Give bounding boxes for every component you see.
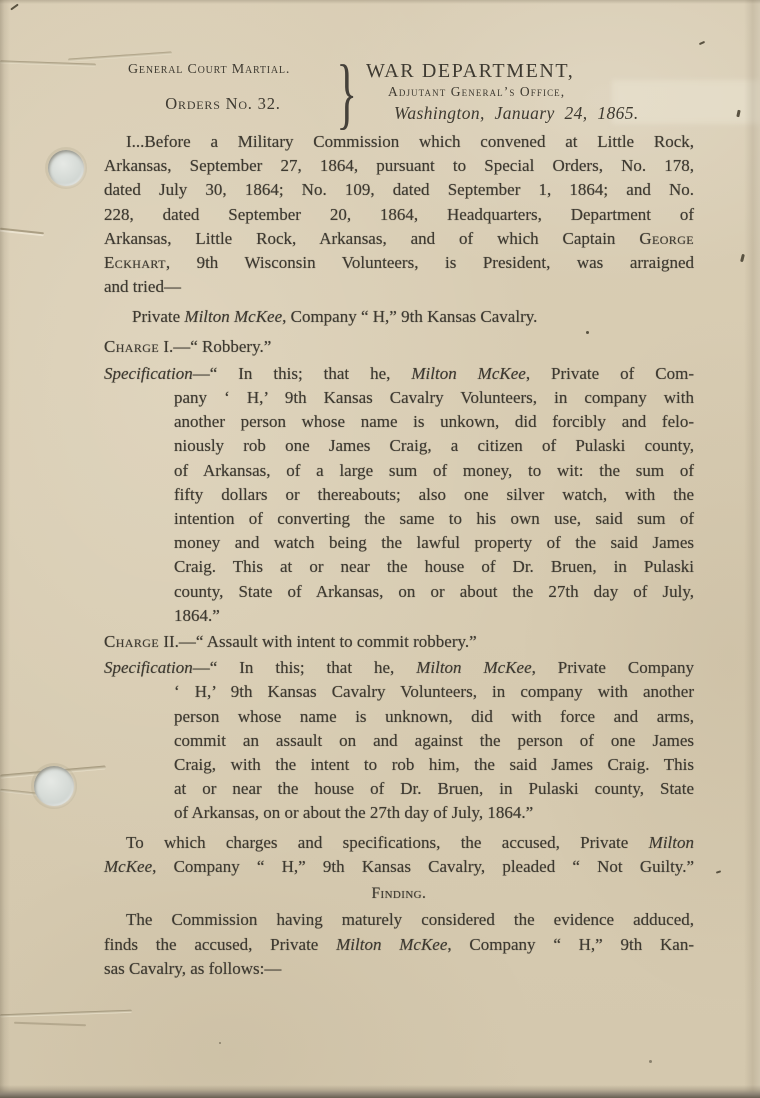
- order-type-label: General Court Martial.: [128, 62, 346, 78]
- text-line: I...Before a Military Commission which c…: [104, 130, 694, 154]
- text-line: The Commission having maturely considere…: [104, 908, 694, 932]
- punch-hole-bottom: [34, 766, 74, 806]
- charge-2: Charge II.—“ Assault with intent to comm…: [104, 630, 694, 654]
- text-line: of Arkansas, of a large sum of money, to…: [104, 459, 694, 483]
- department-name: WAR DEPARTMENT,: [366, 60, 728, 83]
- text-line: McKee, Company “ H,” 9th Kansas Cavalry,…: [104, 855, 694, 879]
- text-line: 1864.”: [104, 604, 694, 628]
- text-line: person whose name is unknown, did with f…: [104, 705, 694, 729]
- text-line: of Arkansas, on or about the 27th day of…: [104, 801, 694, 825]
- order-number-label: Orders No. 32.: [128, 94, 318, 114]
- brace-glyph: }: [336, 53, 357, 132]
- text-line: Specification—“ In this; that he, Milton…: [104, 362, 694, 386]
- paper-tear-top-left: [0, 60, 96, 66]
- text-line: Private Milton McKee, Company “ H,” 9th …: [104, 305, 694, 329]
- accused-line: Private Milton McKee, Company “ H,” 9th …: [104, 305, 694, 329]
- text-line: Charge I.—“ Robbery.”: [104, 335, 694, 359]
- text-line: ‘ H,’ 9th Kansas Cavalry Volunteers, in …: [104, 680, 694, 704]
- page-edge-top: [0, 0, 760, 4]
- finding-paragraph: The Commission having maturely considere…: [104, 908, 694, 981]
- text-line: Arkansas, September 27, 1864, pursuant t…: [104, 154, 694, 178]
- text-line: niously rob one James Craig, a citizen o…: [104, 434, 694, 458]
- document-body: I...Before a Military Commission which c…: [104, 130, 694, 981]
- plea-paragraph: To which charges and specifications, the…: [104, 831, 694, 879]
- paper-tear-top-left: [68, 51, 172, 61]
- text-line: and tried—: [104, 275, 694, 299]
- dateline: Washington, January 24, 1865.: [394, 103, 728, 124]
- specification-1: Specification—“ In this; that he, Milton…: [104, 362, 694, 628]
- charge-1: Charge I.—“ Robbery.”: [104, 335, 694, 359]
- specification-2: Specification—“ In this; that he, Milton…: [104, 656, 694, 825]
- text-line: Arkansas, Little Rock, Arkansas, and of …: [104, 227, 694, 251]
- text-line: 228, dated September 20, 1864, Headquart…: [104, 203, 694, 227]
- text-line: Craig. This at or near the house of Dr. …: [104, 555, 694, 579]
- text-line: dated July 30, 1864; No. 109, dated Sept…: [104, 178, 694, 202]
- finding-heading: Finding.: [104, 882, 694, 906]
- text-line: To which charges and specifications, the…: [104, 831, 694, 855]
- page-edge-left: [0, 0, 10, 1098]
- ink-speck: [649, 1060, 652, 1063]
- text-line: intention of converting the same to his …: [104, 507, 694, 531]
- text-line: Eckhart, 9th Wisconsin Volunteers, is Pr…: [104, 251, 694, 275]
- paper-tear-bottom-left: [14, 1022, 86, 1027]
- paper-tear-bottom-left: [0, 1010, 132, 1018]
- page-edge-right: [744, 0, 760, 1098]
- text-line: Finding.: [104, 882, 694, 906]
- text-line: Charge II.—“ Assault with intent to comm…: [104, 630, 694, 654]
- text-line: Craig, with the intent to rob him, the s…: [104, 753, 694, 777]
- punch-hole-top: [48, 150, 84, 186]
- ink-speck: [219, 1042, 221, 1044]
- scanned-document-screenshot: { "colors": { "paper": "#d7cbb1", "ink":…: [0, 0, 760, 1098]
- department-block: WAR DEPARTMENT, Adjutant General’s Offic…: [366, 60, 728, 124]
- page-edge-bottom: [0, 1085, 760, 1098]
- ink-speck: [716, 870, 721, 873]
- ink-speck: [10, 4, 19, 11]
- text-line: pany ‘ H,’ 9th Kansas Cavalry Volunteers…: [104, 386, 694, 410]
- text-line: finds the accused, Private Milton McKee,…: [104, 933, 694, 957]
- document-page: General Court Martial. Orders No. 32. } …: [0, 0, 760, 1098]
- text-line: another person whose name is unkown, did…: [104, 410, 694, 434]
- opening-paragraph: I...Before a Military Commission which c…: [104, 130, 694, 299]
- text-line: commit an assault on and against the per…: [104, 729, 694, 753]
- order-title-block: General Court Martial. Orders No. 32.: [128, 62, 346, 114]
- text-line: Specification—“ In this; that he, Milton…: [104, 656, 694, 680]
- text-line: at or near the house of Dr. Bruen, in Pu…: [104, 777, 694, 801]
- office-name: Adjutant General’s Office,: [388, 84, 728, 100]
- text-line: county, State of Arkansas, on or about t…: [104, 580, 694, 604]
- text-line: fifty dollars or thereabouts; also one s…: [104, 483, 694, 507]
- text-line: money and watch being the lawful propert…: [104, 531, 694, 555]
- text-line: sas Cavalry, as follows:—: [104, 957, 694, 981]
- ink-speck: [699, 41, 705, 45]
